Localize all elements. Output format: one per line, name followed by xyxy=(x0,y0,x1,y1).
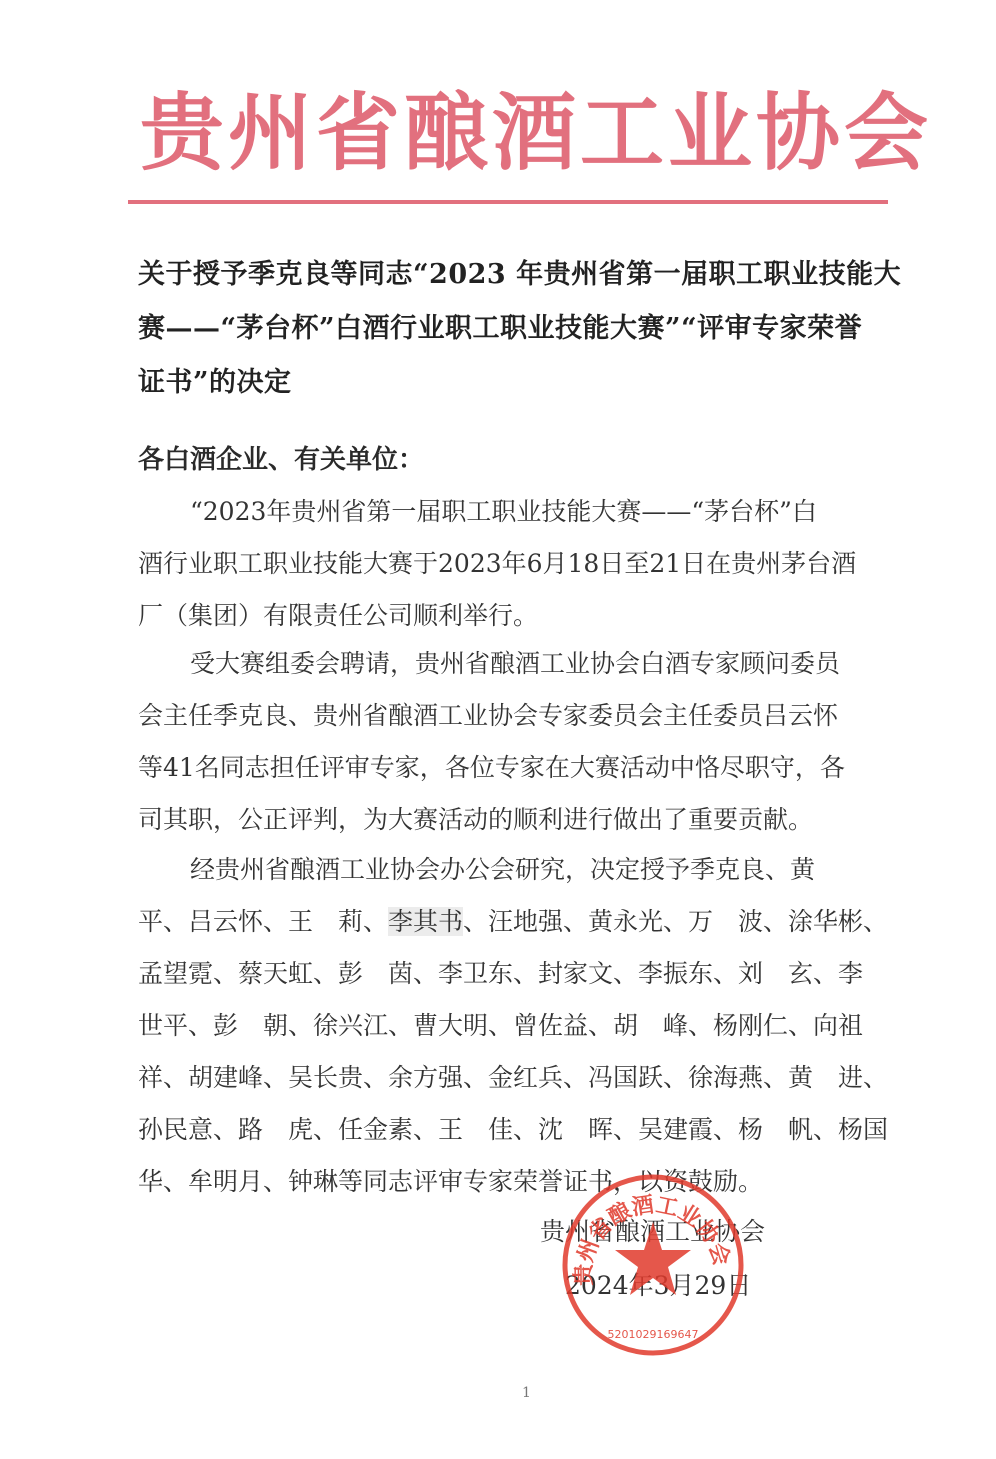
title-line: 关于授予季克良等同志“2023 年贵州省第一届职工职业技能大 xyxy=(138,248,928,302)
paragraph-line: 祥、胡建峰、吴长贵、余方强、金红兵、冯国跃、徐海燕、黄 进、 xyxy=(138,1052,928,1104)
salutation: 各白酒企业、有关单位： xyxy=(138,436,424,484)
highlighted-name[interactable]: 李其书 xyxy=(388,907,463,936)
paragraph-line: 孙民意、路 虎、任金素、王 佳、沈 晖、吴建霞、杨 帆、杨国 xyxy=(138,1104,928,1156)
paragraph-line: 受大赛组委会聘请，贵州省酿酒工业协会白酒专家顾问委员 xyxy=(138,638,928,690)
paragraph-line: 华、牟明月、钟琳等同志评审专家荣誉证书，以资鼓励。 xyxy=(138,1156,928,1208)
paragraph-line: 酒行业职工职业技能大赛于2023年6月18日至21日在贵州茅台酒 xyxy=(138,538,928,590)
paragraph-line: 会主任季克良、贵州省酿酒工业协会专家委员会主任委员吕云怀 xyxy=(138,690,928,742)
paragraph-line: “2023年贵州省第一届职工职业技能大赛——“茅台杯”白 xyxy=(138,486,928,538)
paragraph-line: 等41名同志担任评审专家，各位专家在大赛活动中恪尽职守，各 xyxy=(138,742,928,794)
header-divider xyxy=(128,200,888,204)
page-number: 1 xyxy=(522,1385,531,1401)
names-segment: 、汪地强、黄永光、万 波、涂华彬、 xyxy=(463,907,888,936)
organization-masthead: 贵州省酿酒工业协会 xyxy=(140,78,880,188)
paragraph-line: 孟望霓、蔡天虹、彭 茵、李卫东、封家文、李振东、刘 玄、李 xyxy=(138,948,928,1000)
paragraph-decision: 经贵州省酿酒工业协会办公会研究，决定授予季克良、黄 平、吕云怀、王 莉、李其书、… xyxy=(138,844,928,1208)
svg-text:5201029169647: 5201029169647 xyxy=(608,1328,699,1341)
signature-organization: 贵州省酿酒工业协会 xyxy=(540,1208,765,1256)
signature-date: 2024年3月29日 xyxy=(565,1262,751,1310)
paragraph-line: 厂（集团）有限责任公司顺利举行。 xyxy=(138,590,928,642)
paragraph-experts: 受大赛组委会聘请，贵州省酿酒工业协会白酒专家顾问委员 会主任季克良、贵州省酿酒工… xyxy=(138,638,928,846)
paragraph-line: 司其职，公正评判，为大赛活动的顺利进行做出了重要贡献。 xyxy=(138,794,928,846)
document-title: 关于授予季克良等同志“2023 年贵州省第一届职工职业技能大 赛——“茅台杯”白… xyxy=(138,248,928,410)
title-line: 证书”的决定 xyxy=(138,356,928,410)
names-segment: 平、吕云怀、王 莉、 xyxy=(138,907,388,936)
paragraph-line: 平、吕云怀、王 莉、李其书、汪地强、黄永光、万 波、涂华彬、 xyxy=(138,896,928,948)
paragraph-line: 经贵州省酿酒工业协会办公会研究，决定授予季克良、黄 xyxy=(138,844,928,896)
paragraph-event: “2023年贵州省第一届职工职业技能大赛——“茅台杯”白 酒行业职工职业技能大赛… xyxy=(138,486,928,642)
title-line: 赛——“茅台杯”白酒行业职工职业技能大赛”“评审专家荣誉 xyxy=(138,302,928,356)
paragraph-line: 世平、彭 朝、徐兴江、曹大明、曾佐益、胡 峰、杨刚仁、向祖 xyxy=(138,1000,928,1052)
